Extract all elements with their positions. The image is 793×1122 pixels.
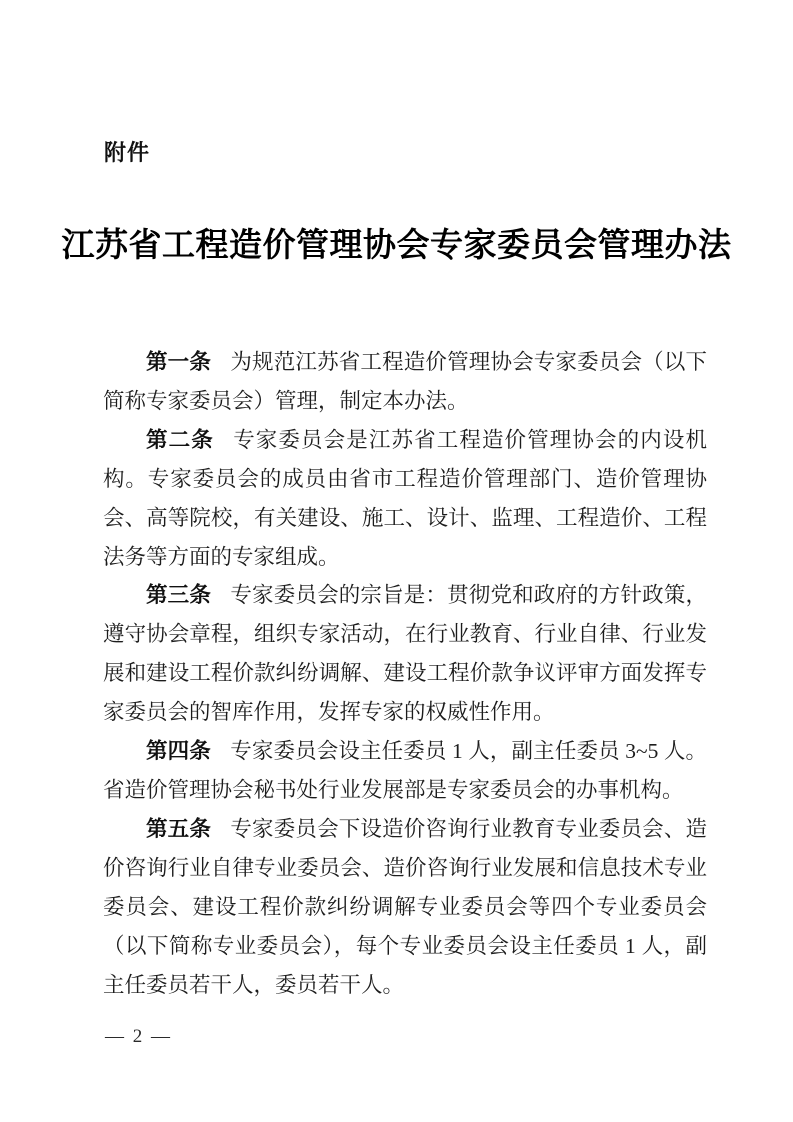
article-1: 第一条为规范江苏省工程造价管理协会专家委员会（以下简称专家委员会）管理，制定本办… xyxy=(103,343,707,421)
article-4-number: 第四条 xyxy=(146,739,211,763)
document-title: 江苏省工程造价管理协会专家委员会管理办法 xyxy=(0,226,793,267)
article-3: 第三条专家委员会的宗旨是：贯彻党和政府的方针政策，遵守协会章程，组织专家活动，在… xyxy=(103,576,707,732)
article-2: 第二条专家委员会是江苏省工程造价管理协会的内设机构。专家委员会的成员由省市工程造… xyxy=(103,421,707,577)
article-5-text: 专家委员会下设造价咨询行业教育专业委员会、造价咨询行业自律专业委员会、造价咨询行… xyxy=(103,817,707,997)
document-page: 附件 江苏省工程造价管理协会专家委员会管理办法 第一条为规范江苏省工程造价管理协… xyxy=(0,0,793,1122)
attachment-label: 附件 xyxy=(104,140,150,166)
article-1-number: 第一条 xyxy=(146,350,211,374)
document-body: 第一条为规范江苏省工程造价管理协会专家委员会（以下简称专家委员会）管理，制定本办… xyxy=(103,343,707,1004)
article-5: 第五条专家委员会下设造价咨询行业教育专业委员会、造价咨询行业自律专业委员会、造价… xyxy=(103,810,707,1005)
page-number: — 2 — xyxy=(105,1026,172,1048)
article-2-number: 第二条 xyxy=(146,428,214,452)
article-3-number: 第三条 xyxy=(146,583,211,607)
article-4: 第四条专家委员会设主任委员 1 人，副主任委员 3~5 人。省造价管理协会秘书处… xyxy=(103,732,707,810)
article-5-number: 第五条 xyxy=(146,817,211,841)
